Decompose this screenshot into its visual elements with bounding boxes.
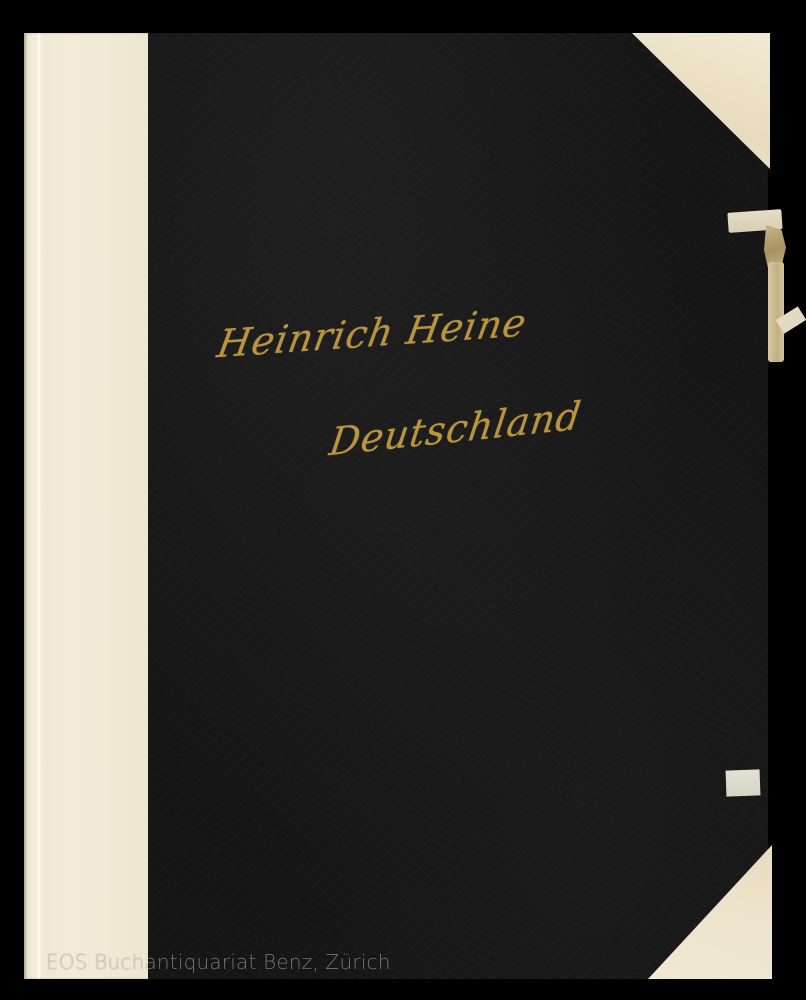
ribbon-tie-hanging (768, 262, 784, 362)
front-cover-board (148, 33, 768, 979)
book-spine (24, 33, 148, 979)
book-portfolio (24, 33, 770, 979)
tape-patch (726, 769, 761, 796)
watermark: EOS Buchantiquariat Benz, Zürich (46, 950, 391, 974)
photo-background: Heinrich Heine Deutschland EOS Buchantiq… (0, 0, 806, 1000)
board-texture (148, 33, 768, 979)
